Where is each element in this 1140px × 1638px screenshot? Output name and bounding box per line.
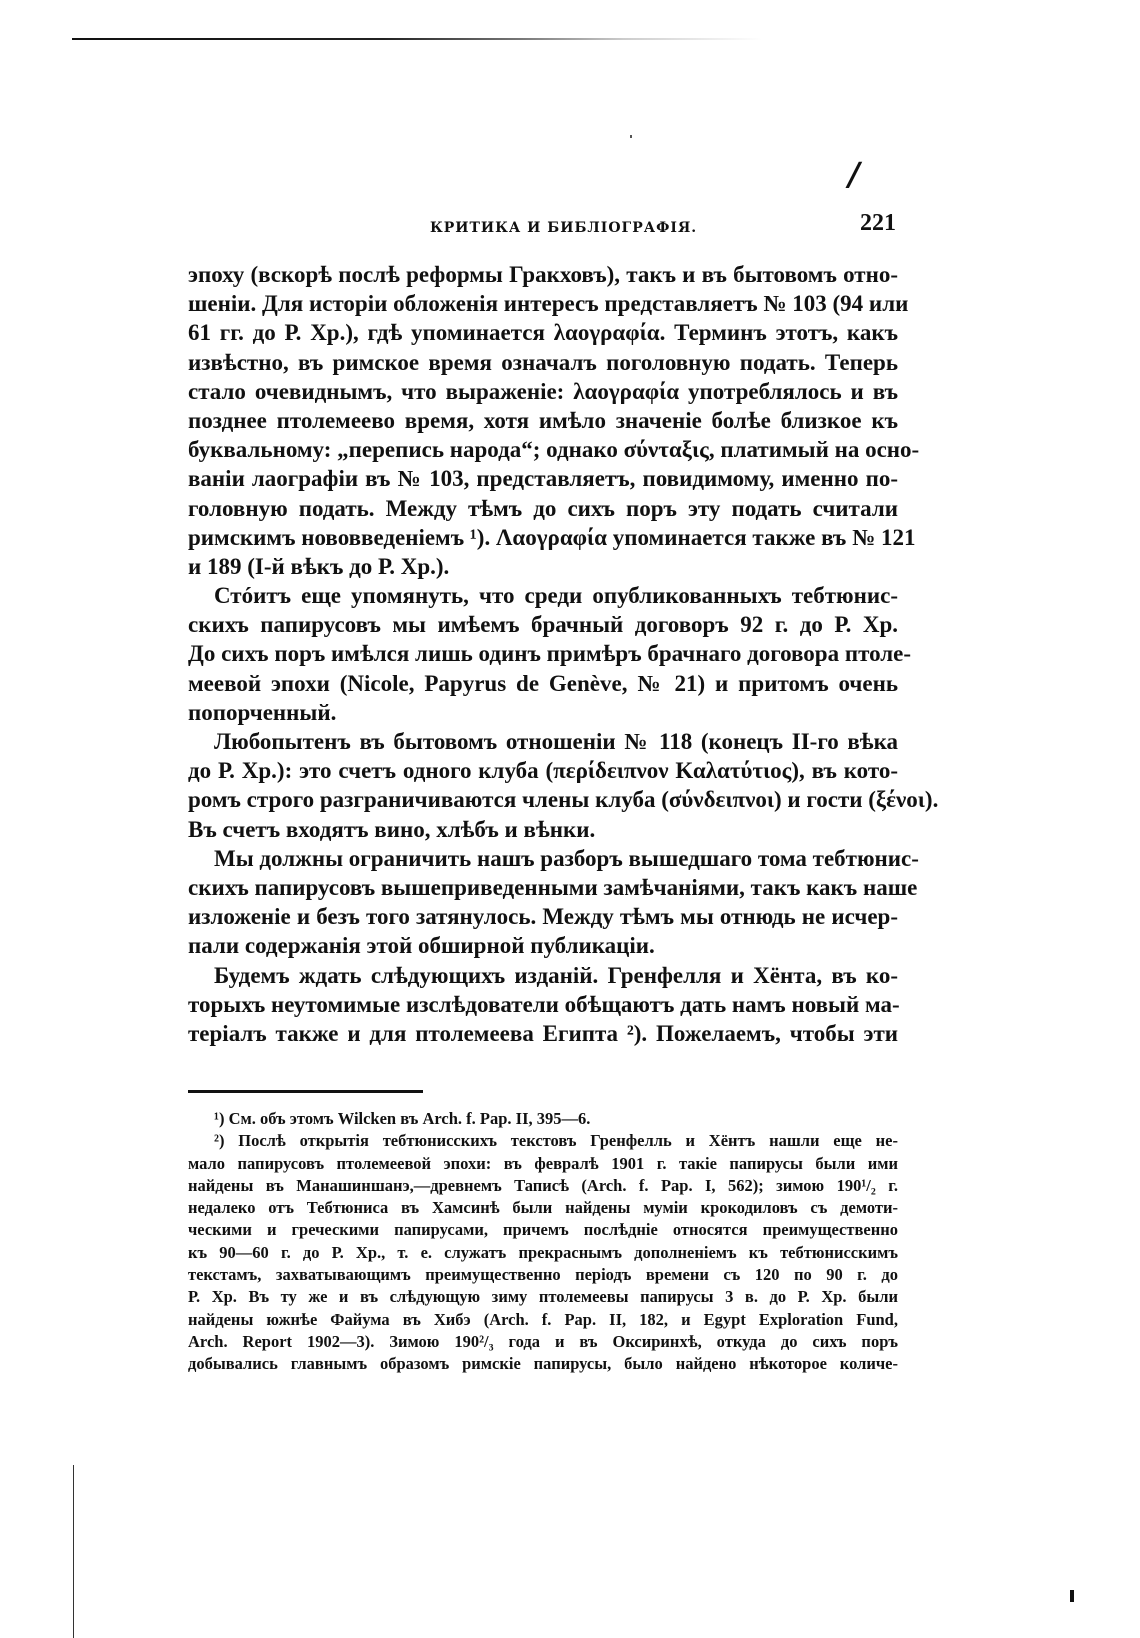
page-number: 221 xyxy=(860,210,896,237)
footnote-line: Arch. Report 1902—3). Зимою 190²/₃ года … xyxy=(188,1331,898,1353)
margin-pen-mark: / xyxy=(848,155,860,193)
text-line: буквальному: „перепись народа“; однако σ… xyxy=(188,435,898,464)
footnote-line: мало папирусовъ птолемеевой эпохи: въ фе… xyxy=(188,1153,898,1175)
text-line: скихъ папирусовъ вышеприведенными замѣча… xyxy=(188,873,898,902)
footnote-line: найдены южнѣе Файума въ Хибэ (Arch. f. P… xyxy=(188,1309,898,1331)
scan-artifact-corner-mark xyxy=(1070,1590,1074,1602)
text-line: Въ счетъ входятъ вино, хлѣбъ и вѣнки. xyxy=(188,815,898,844)
footnote-line: добывались главнымъ образомъ римскіе пап… xyxy=(188,1353,898,1375)
page-header: КРИТИКА И БИБЛІОГРАФІЯ. 221 xyxy=(188,210,908,240)
text-line: скихъ папирусовъ мы имѣемъ брачный догов… xyxy=(188,610,898,639)
text-line: Будемъ ждать слѣдующихъ изданій. Гренфел… xyxy=(188,961,898,990)
footnote-separator xyxy=(188,1090,423,1093)
text-line: головную подать. Между тѣмъ до сихъ поръ… xyxy=(188,494,898,523)
text-line: стало очевиднымъ, что выраженіе: λαογραφ… xyxy=(188,377,898,406)
footnote-line: Р. Хр. Въ ту же и въ слѣдующую зиму птол… xyxy=(188,1286,898,1308)
scan-speck xyxy=(630,135,632,138)
text-line: извѣстно, въ римское время означалъ пого… xyxy=(188,348,898,377)
footnote-line: найдены въ Манашиншанэ,—древнемъ Таписѣ … xyxy=(188,1175,898,1197)
text-line: римскимъ нововведеніемъ ¹). Λαογραφία уп… xyxy=(188,523,898,552)
text-line: и 189 (I-й вѣкъ до Р. Хр.). xyxy=(188,552,898,581)
footnote-line: текстамъ, захватывающимъ преимущественно… xyxy=(188,1264,898,1286)
text-line: ваніи лаографіи въ № 103, представляетъ,… xyxy=(188,464,898,493)
text-line: ромъ строго разграничиваются члены клуба… xyxy=(188,785,898,814)
text-line: меевой эпохи (Nicole, Papyrus de Genève,… xyxy=(188,669,898,698)
text-line: Любопытенъ въ бытовомъ отношеніи № 118 (… xyxy=(188,727,898,756)
text-line: теріалъ также и для птолемеева Египта ²)… xyxy=(188,1019,898,1048)
running-title: КРИТИКА И БИБЛІОГРАФІЯ. xyxy=(430,220,697,236)
body-text: эпоху (вскорѣ послѣ реформы Гракховъ), т… xyxy=(188,260,898,1048)
text-line: Мы должны ограничить нашъ разборъ вышедш… xyxy=(188,844,898,873)
text-line: торыхъ неутомимые изслѣдователи обѣщаютъ… xyxy=(188,990,898,1019)
footnote-line: къ 90—60 г. до Р. Хр., т. е. служатъ пре… xyxy=(188,1242,898,1264)
text-line: попорченный. xyxy=(188,698,898,727)
text-line: До сихъ поръ имѣлся лишь одинъ примѣръ б… xyxy=(188,639,898,668)
text-line: пали содержанія этой обширной публикаціи… xyxy=(188,931,898,960)
text-line: Стóитъ еще упомянуть, что среди опублико… xyxy=(188,581,898,610)
footnote-line: недалеко отъ Тебтюниса въ Хамсинѣ были н… xyxy=(188,1197,898,1219)
text-line: 61 гг. до Р. Хр.), гдѣ упоминается λαογρ… xyxy=(188,318,898,347)
text-line: позднее птолемеево время, хотя имѣло зна… xyxy=(188,406,898,435)
text-line: эпоху (вскорѣ послѣ реформы Гракховъ), т… xyxy=(188,260,898,289)
footnotes: ¹) См. объ этомъ Wilcken въ Arch. f. Pap… xyxy=(188,1108,898,1376)
footnote-line: ¹) См. объ этомъ Wilcken въ Arch. f. Pap… xyxy=(188,1108,898,1130)
footnote-line: ческими и греческими папирусами, причемъ… xyxy=(188,1219,898,1241)
scan-artifact-margin-line xyxy=(73,1465,74,1638)
scan-artifact-top-rule xyxy=(72,38,762,40)
text-line: шеніи. Для исторіи обложенія интересъ пр… xyxy=(188,289,898,318)
footnote-line: ²) Послѣ открытія тебтюнисскихъ текстовъ… xyxy=(188,1130,898,1152)
text-line: изложеніе и безъ того затянулось. Между … xyxy=(188,902,898,931)
text-line: до Р. Хр.): это счетъ одного клуба (περί… xyxy=(188,756,898,785)
